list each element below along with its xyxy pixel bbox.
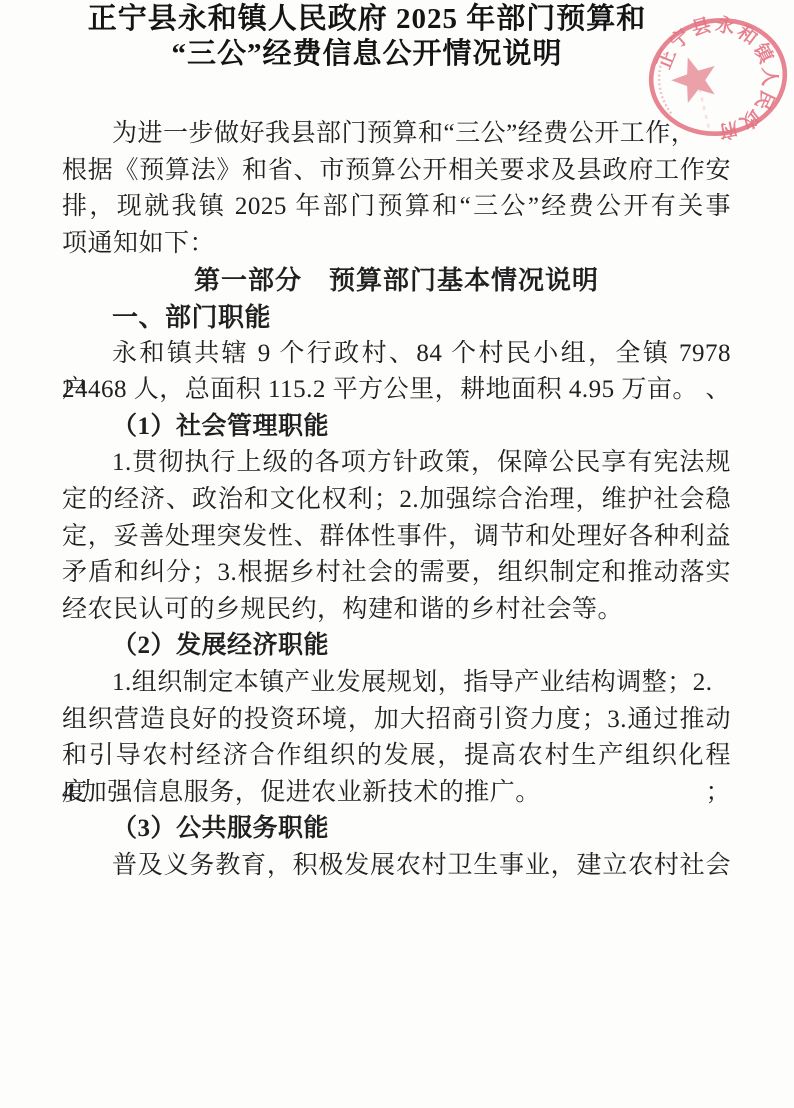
text-line: 定，妥善处理突发性、群体性事件，调节和处理好各种利益 bbox=[62, 519, 731, 556]
text-line: 24468 人，总面积 115.2 平方公里，耕地面积 4.95 万亩。 bbox=[62, 372, 731, 409]
body-text: 为进一步做好我县部门预算和“三公”经费公开工作， 根据《预算法》和省、市预算公开… bbox=[62, 116, 731, 884]
text-line: 和引导农村经济合作组织的发展，提高农村生产组织化程度； bbox=[62, 738, 731, 775]
text-line: 经农民认可的乡规民约，构建和谐的乡村社会等。 bbox=[62, 592, 731, 629]
heading-department-functions: 一、部门职能 bbox=[62, 299, 731, 336]
text-line: 普及义务教育，积极发展农村卫生事业，建立农村社会 bbox=[62, 848, 731, 885]
scanned-document-page: 正宁县永和镇人民政府 2025 年部门预算和 “三公”经费信息公开情况说明 正宁… bbox=[0, 0, 794, 1108]
text-line: 1.贯彻执行上级的各项方针政策，保障公民享有宪法规 bbox=[62, 445, 731, 482]
text-line: 定的经济、政治和文化权利；2.加强综合治理，维护社会稳 bbox=[62, 482, 731, 519]
text-line: 项通知如下： bbox=[62, 226, 731, 263]
text-line: 1.组织制定本镇产业发展规划，指导产业结构调整；2. bbox=[62, 665, 731, 702]
heading-public-service: （3）公共服务职能 bbox=[62, 811, 731, 848]
text-line: 矛盾和纠分；3.根据乡村社会的需要，组织制定和推动落实 bbox=[62, 555, 731, 592]
text-line: 根据《预算法》和省、市预算公开相关要求及县政府工作安 bbox=[62, 153, 731, 190]
title-line-2: “三公”经费信息公开情况说明 bbox=[30, 37, 704, 72]
text-line: 排，现就我镇 2025 年部门预算和“三公”经费公开有关事 bbox=[62, 189, 731, 226]
text-line: 永和镇共辖 9 个行政村、84 个村民小组，全镇 7978 户、 bbox=[62, 336, 731, 373]
section-heading-part1: 第一部分 预算部门基本情况说明 bbox=[62, 262, 731, 299]
heading-economic-development: （2）发展经济职能 bbox=[62, 628, 731, 665]
document-title: 正宁县永和镇人民政府 2025 年部门预算和 “三公”经费信息公开情况说明 bbox=[30, 2, 704, 72]
heading-social-management: （1）社会管理职能 bbox=[62, 409, 731, 446]
text-line: 为进一步做好我县部门预算和“三公”经费公开工作， bbox=[62, 116, 731, 153]
title-line-1: 正宁县永和镇人民政府 2025 年部门预算和 bbox=[30, 2, 704, 37]
text-line: 组织营造良好的投资环境，加大招商引资力度；3.通过推动 bbox=[62, 702, 731, 739]
